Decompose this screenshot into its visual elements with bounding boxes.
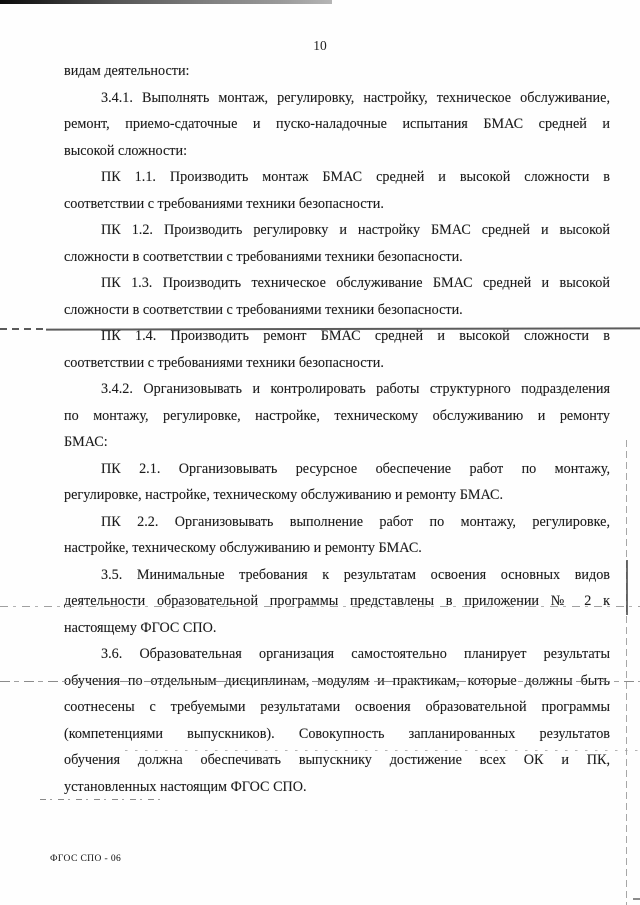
text-line: сложности в соответствии с требованиями …: [64, 244, 610, 271]
text-line: 3.5. Минимальные требования к результата…: [64, 562, 610, 589]
text-line: 3.6. Образовательная организация самосто…: [64, 641, 610, 668]
text-line: сложности в соответствии с требованиями …: [64, 297, 610, 324]
text-line: установленных настоящим ФГОС СПО.: [64, 774, 610, 801]
scan-edge-bar: [0, 0, 332, 4]
text-line: 3.4.1. Выполнять монтаж, регулировку, на…: [64, 85, 610, 112]
text-line: соответствии с требованиями техники безо…: [64, 350, 610, 377]
footer-doc-code: ФГОС СПО - 06: [50, 854, 121, 864]
scanned-document-page: 10 видам деятельности: 3.4.1. Выполнять …: [0, 0, 640, 905]
scan-vertical-line: [626, 440, 627, 905]
text-line: соотнесены с требуемыми результатами осв…: [64, 694, 610, 721]
scan-corner-mark: [633, 898, 640, 900]
text-line: ПК 1.4. Производить ремонт БМАС средней …: [64, 323, 610, 350]
scan-vertical-line-dark-segment: [626, 560, 628, 615]
text-line: высокой сложности:: [64, 138, 610, 165]
text-line: ПК 1.2. Производить регулировку и настро…: [64, 217, 610, 244]
text-line: ПК 2.2. Организовывать выполнение работ …: [64, 509, 610, 536]
text-line: видам деятельности:: [64, 58, 610, 85]
text-line: деятельности образовательной программы п…: [64, 588, 610, 615]
text-line: регулировке, настройке, техническому обс…: [64, 482, 610, 509]
text-line: 3.4.2. Организовывать и контролировать р…: [64, 376, 610, 403]
text-line: ПК 1.1. Производить монтаж БМАС средней …: [64, 164, 610, 191]
text-line: по монтажу, регулировке, настройке, техн…: [64, 403, 610, 430]
page-number: 10: [0, 38, 640, 54]
text-line: (компетенциями выпускников). Совокупност…: [64, 721, 610, 748]
text-line: обучения должна обеспечивать выпускнику …: [64, 747, 610, 774]
document-body: видам деятельности: 3.4.1. Выполнять мон…: [64, 58, 610, 800]
text-line: настройке, техническому обслуживанию и р…: [64, 535, 610, 562]
text-line: ПК 2.1. Организовывать ресурсное обеспеч…: [64, 456, 610, 483]
text-line: обучения по отдельным дисциплинам, модул…: [64, 668, 610, 695]
text-line: соответствии с требованиями техники безо…: [64, 191, 610, 218]
text-line: ремонт, приемо-сдаточные и пуско-наладоч…: [64, 111, 610, 138]
text-line: ПК 1.3. Производить техническое обслужив…: [64, 270, 610, 297]
text-line: БМАС:: [64, 429, 610, 456]
scan-strike-line-dashes: [0, 328, 48, 330]
text-line: настоящему ФГОС СПО.: [64, 615, 610, 642]
